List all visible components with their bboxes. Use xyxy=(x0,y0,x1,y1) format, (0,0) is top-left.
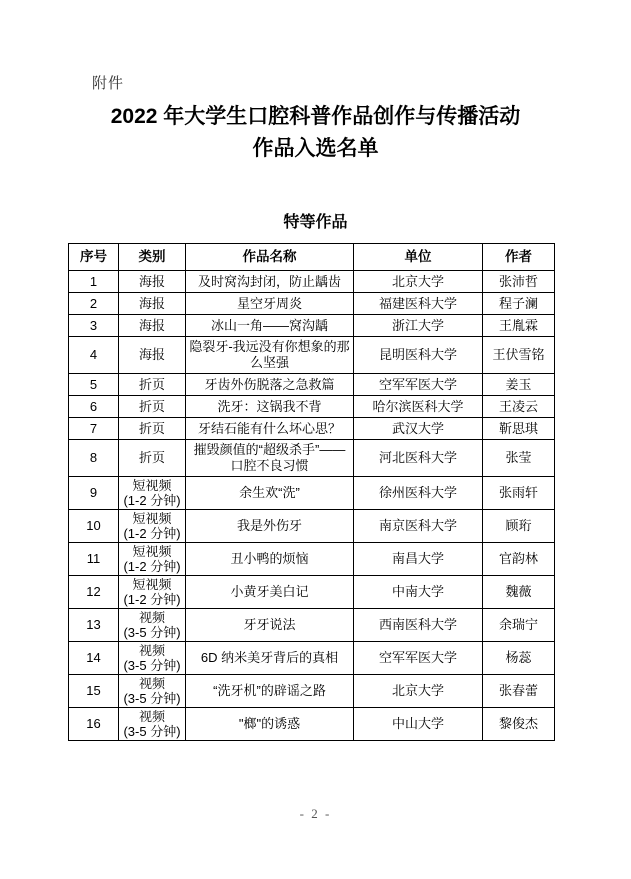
cell-category: 视频(3-5 分钟) xyxy=(119,642,186,675)
cell-category: 短视频(1-2 分钟) xyxy=(119,510,186,543)
cell-no: 15 xyxy=(69,675,119,708)
cell-author: 王胤霖 xyxy=(483,315,555,337)
cell-author: 黎俊杰 xyxy=(483,708,555,741)
cell-no: 5 xyxy=(69,374,119,396)
cell-no: 1 xyxy=(69,271,119,293)
cell-title: 我是外伤牙 xyxy=(186,510,354,543)
table-row: 12 短视频(1-2 分钟) 小黄牙美白记 中南大学 魏薇 xyxy=(69,576,555,609)
cell-title: 余生欢“洗” xyxy=(186,477,354,510)
cell-category: 短视频(1-2 分钟) xyxy=(119,543,186,576)
cell-category: 短视频(1-2 分钟) xyxy=(119,576,186,609)
awards-table: 序号 类别 作品名称 单位 作者 1 海报 及时窝沟封闭，防止龋齿 北京大学 张… xyxy=(68,243,555,741)
cell-author: 官韵林 xyxy=(483,543,555,576)
cell-author: 张莹 xyxy=(483,440,555,477)
table-row: 5 折页 牙齿外伤脱落之急救篇 空军军医大学 姜玉 xyxy=(69,374,555,396)
cell-unit: 北京大学 xyxy=(354,271,483,293)
column-header-unit: 单位 xyxy=(354,244,483,271)
cell-unit: 徐州医科大学 xyxy=(354,477,483,510)
cell-unit: 南昌大学 xyxy=(354,543,483,576)
table-row: 14 视频(3-5 分钟) 6D 纳米美牙背后的真相 空军军医大学 杨蕊 xyxy=(69,642,555,675)
cell-no: 3 xyxy=(69,315,119,337)
cell-author: 张春蕾 xyxy=(483,675,555,708)
cell-no: 16 xyxy=(69,708,119,741)
cell-title: “洗牙机”的辟谣之路 xyxy=(186,675,354,708)
cell-unit: 浙江大学 xyxy=(354,315,483,337)
cell-unit: 北京大学 xyxy=(354,675,483,708)
cell-unit: 河北医科大学 xyxy=(354,440,483,477)
cell-title: 牙结石能有什么坏心思？ xyxy=(186,418,354,440)
cell-author: 程子澜 xyxy=(483,293,555,315)
cell-category: 海报 xyxy=(119,337,186,374)
table-row: 9 短视频(1-2 分钟) 余生欢“洗” 徐州医科大学 张雨轩 xyxy=(69,477,555,510)
cell-author: 魏薇 xyxy=(483,576,555,609)
cell-title: 小黄牙美白记 xyxy=(186,576,354,609)
cell-category: 海报 xyxy=(119,315,186,337)
cell-no: 12 xyxy=(69,576,119,609)
cell-category: 海报 xyxy=(119,271,186,293)
cell-category: 视频(3-5 分钟) xyxy=(119,708,186,741)
cell-title: 星空牙周炎 xyxy=(186,293,354,315)
cell-title: "榔"的诱惑 xyxy=(186,708,354,741)
document-page: 附件 2022 年大学生口腔科普作品创作与传播活动 作品入选名单 特等作品 序号… xyxy=(0,0,631,879)
table-row: 11 短视频(1-2 分钟) 丑小鸭的烦恼 南昌大学 官韵林 xyxy=(69,543,555,576)
table-row: 10 短视频(1-2 分钟) 我是外伤牙 南京医科大学 顾珩 xyxy=(69,510,555,543)
cell-author: 王伏雪铭 xyxy=(483,337,555,374)
cell-title: 牙牙说法 xyxy=(186,609,354,642)
document-title-line2: 作品入选名单 xyxy=(0,133,631,165)
table-row: 8 折页 摧毁颜值的“超级杀手”——口腔不良习惯 河北医科大学 张莹 xyxy=(69,440,555,477)
cell-category: 视频(3-5 分钟) xyxy=(119,675,186,708)
table-row: 4 海报 隐裂牙-我远没有你想象的那么坚强 昆明医科大学 王伏雪铭 xyxy=(69,337,555,374)
table-row: 2 海报 星空牙周炎 福建医科大学 程子澜 xyxy=(69,293,555,315)
cell-category: 折页 xyxy=(119,418,186,440)
cell-category: 折页 xyxy=(119,374,186,396)
cell-title: 及时窝沟封闭，防止龋齿 xyxy=(186,271,354,293)
cell-author: 张沛哲 xyxy=(483,271,555,293)
cell-unit: 武汉大学 xyxy=(354,418,483,440)
attachment-label: 附件 xyxy=(92,72,124,93)
cell-unit: 空军军医大学 xyxy=(354,374,483,396)
table-header-row: 序号 类别 作品名称 单位 作者 xyxy=(69,244,555,271)
cell-author: 余瑞宁 xyxy=(483,609,555,642)
cell-unit: 空军军医大学 xyxy=(354,642,483,675)
section-heading: 特等作品 xyxy=(0,209,631,232)
cell-no: 8 xyxy=(69,440,119,477)
table-row: 7 折页 牙结石能有什么坏心思？ 武汉大学 靳思琪 xyxy=(69,418,555,440)
table-row: 1 海报 及时窝沟封闭，防止龋齿 北京大学 张沛哲 xyxy=(69,271,555,293)
cell-no: 7 xyxy=(69,418,119,440)
cell-category: 海报 xyxy=(119,293,186,315)
table-row: 16 视频(3-5 分钟) "榔"的诱惑 中山大学 黎俊杰 xyxy=(69,708,555,741)
cell-no: 6 xyxy=(69,396,119,418)
cell-author: 靳思琪 xyxy=(483,418,555,440)
cell-title: 冰山一角——窝沟龋 xyxy=(186,315,354,337)
column-header-title: 作品名称 xyxy=(186,244,354,271)
cell-author: 张雨轩 xyxy=(483,477,555,510)
cell-unit: 哈尔滨医科大学 xyxy=(354,396,483,418)
cell-unit: 西南医科大学 xyxy=(354,609,483,642)
cell-category: 折页 xyxy=(119,396,186,418)
cell-no: 14 xyxy=(69,642,119,675)
cell-author: 顾珩 xyxy=(483,510,555,543)
column-header-no: 序号 xyxy=(69,244,119,271)
cell-unit: 南京医科大学 xyxy=(354,510,483,543)
cell-category: 视频(3-5 分钟) xyxy=(119,609,186,642)
cell-category: 折页 xyxy=(119,440,186,477)
cell-unit: 福建医科大学 xyxy=(354,293,483,315)
page-number: - 2 - xyxy=(0,806,631,822)
cell-no: 11 xyxy=(69,543,119,576)
cell-author: 王凌云 xyxy=(483,396,555,418)
document-title: 2022 年大学生口腔科普作品创作与传播活动 作品入选名单 xyxy=(0,101,631,165)
table-row: 3 海报 冰山一角——窝沟龋 浙江大学 王胤霖 xyxy=(69,315,555,337)
table-row: 15 视频(3-5 分钟) “洗牙机”的辟谣之路 北京大学 张春蕾 xyxy=(69,675,555,708)
table-row: 6 折页 洗牙：这锅我不背 哈尔滨医科大学 王凌云 xyxy=(69,396,555,418)
cell-title: 丑小鸭的烦恼 xyxy=(186,543,354,576)
cell-title: 摧毁颜值的“超级杀手”——口腔不良习惯 xyxy=(186,440,354,477)
column-header-category: 类别 xyxy=(119,244,186,271)
cell-no: 2 xyxy=(69,293,119,315)
cell-author: 姜玉 xyxy=(483,374,555,396)
column-header-author: 作者 xyxy=(483,244,555,271)
cell-title: 牙齿外伤脱落之急救篇 xyxy=(186,374,354,396)
cell-title: 隐裂牙-我远没有你想象的那么坚强 xyxy=(186,337,354,374)
cell-no: 10 xyxy=(69,510,119,543)
cell-unit: 昆明医科大学 xyxy=(354,337,483,374)
table-row: 13 视频(3-5 分钟) 牙牙说法 西南医科大学 余瑞宁 xyxy=(69,609,555,642)
cell-no: 13 xyxy=(69,609,119,642)
document-title-line1: 2022 年大学生口腔科普作品创作与传播活动 xyxy=(0,101,631,133)
cell-title: 洗牙：这锅我不背 xyxy=(186,396,354,418)
cell-author: 杨蕊 xyxy=(483,642,555,675)
cell-unit: 中南大学 xyxy=(354,576,483,609)
cell-title: 6D 纳米美牙背后的真相 xyxy=(186,642,354,675)
cell-category: 短视频(1-2 分钟) xyxy=(119,477,186,510)
cell-no: 9 xyxy=(69,477,119,510)
cell-no: 4 xyxy=(69,337,119,374)
cell-unit: 中山大学 xyxy=(354,708,483,741)
